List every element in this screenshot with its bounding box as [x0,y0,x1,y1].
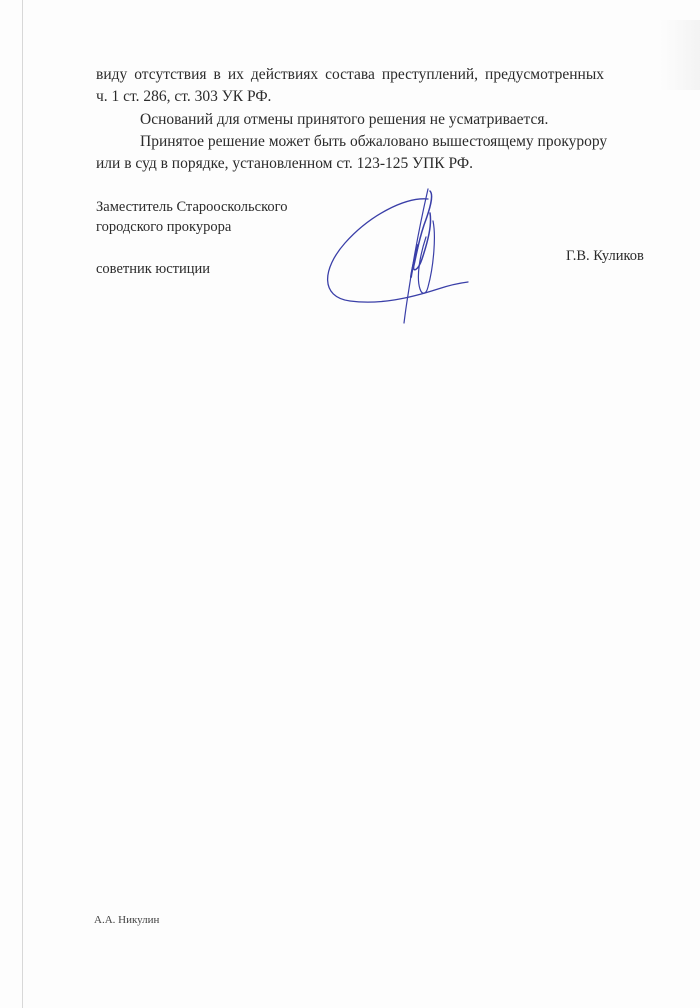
scan-edge-line [22,0,23,1008]
signatory-rank: советник юстиции [96,259,287,279]
document-page: виду отсутствия в их действиях состава п… [0,0,700,1008]
handwritten-signature [310,185,470,335]
scan-bleed-through [660,20,700,90]
signatory-position-line-1: Заместитель Старооскольского [96,197,287,217]
signatory-position-line-2: городского прокурора [96,217,287,237]
body-line-1: виду отсутствия в их действиях состава п… [96,64,604,86]
signatory-name: Г.В. Куликов [566,246,644,266]
document-body: виду отсутствия в их действиях состава п… [96,64,604,175]
signatory-block: Заместитель Старооскольского городского … [96,197,287,279]
body-line-4: Принятое решение может быть обжаловано в… [96,131,604,153]
body-line-2: ч. 1 ст. 286, ст. 303 УК РФ. [96,86,604,108]
body-line-5: или в суд в порядке, установленном ст. 1… [96,153,604,175]
body-line-3: Оснований для отмены принятого решения н… [96,109,604,131]
executor-name: А.А. Никулин [94,913,159,927]
